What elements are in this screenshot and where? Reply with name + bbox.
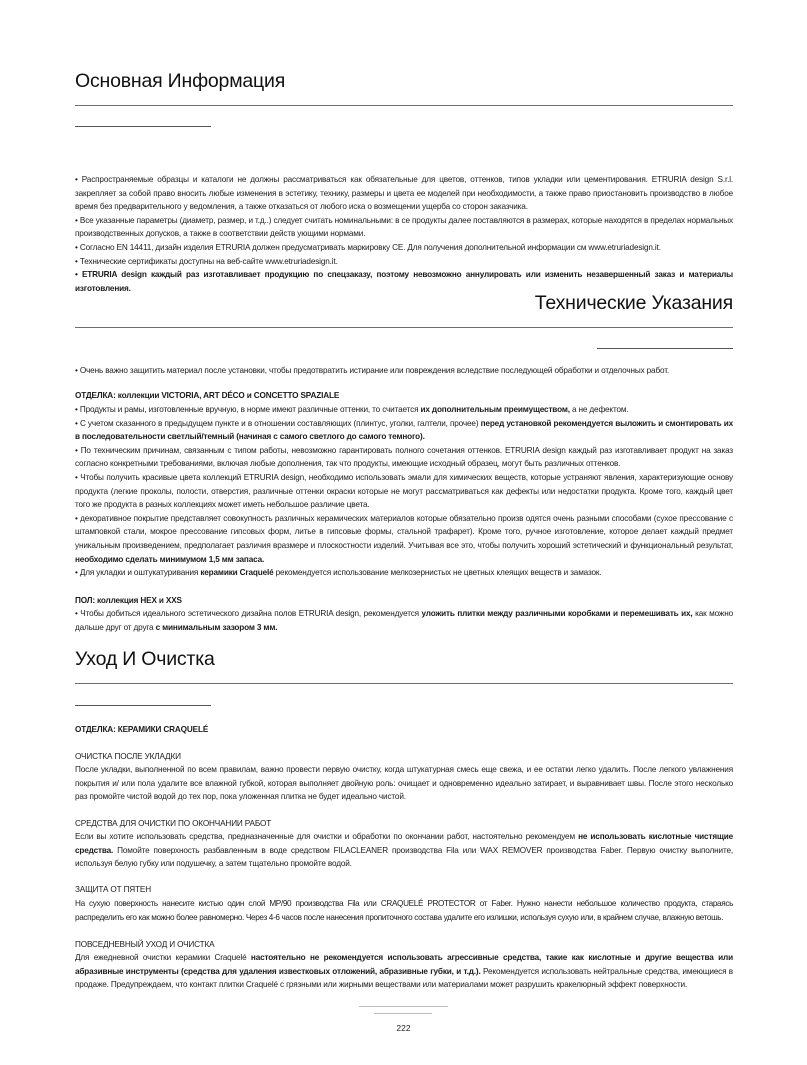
section-title-general-info: Основная Информация [75, 70, 285, 93]
after-install-text: После укладки, выполненной по всем прави… [75, 763, 733, 804]
technical-body: • Продукты и рамы, изготовленные вручную… [75, 403, 733, 580]
stain-protection-heading: ЗАЩИТА ОТ ПЯТЕН [75, 885, 151, 894]
technical-item: • По техническим причинам, связанным с т… [75, 444, 733, 471]
page-number: 222 [0, 1023, 807, 1033]
section-rule-short [75, 705, 211, 706]
section-title-technical: Технические Указания [535, 292, 733, 315]
footer-rule [359, 1006, 448, 1007]
technical-item: • Чтобы получить красивые цвета коллекци… [75, 471, 733, 512]
general-info-item: • Согласно EN 14411, дизайн изделия ETRU… [75, 241, 733, 255]
section-rule-short [597, 348, 733, 349]
floor-heading: ПОЛ: коллекция HEX и XXS [75, 596, 182, 605]
cleaning-agents-text: Если вы хотите использовать средства, пр… [75, 830, 733, 871]
section-title-care: Уход И Очистка [75, 648, 215, 671]
after-install-heading: ОЧИСТКА ПОСЛЕ УКЛАДКИ [75, 752, 181, 761]
general-info-item: • Распространяемые образцы и каталоги не… [75, 173, 733, 214]
stain-protection-text: На сухую поверхность нанесите кистью оди… [75, 897, 733, 924]
craquele-heading: ОТДЕЛКА: КЕРАМИКИ CRAQUELÉ [75, 725, 208, 734]
technical-item: • декоративное покрытие представляет сов… [75, 512, 733, 566]
technical-item: • Продукты и рамы, изготовленные вручную… [75, 403, 733, 417]
technical-item: • С учетом сказанного в предыдущем пункт… [75, 417, 733, 444]
section-rule [75, 105, 733, 106]
footer-rule-short [374, 1013, 432, 1014]
technical-intro: • Очень важно защитить материал после ус… [75, 364, 733, 378]
floor-body: • Чтобы добиться идеального эстетическог… [75, 607, 733, 634]
daily-care-heading: ПОВСЕДНЕВНЫЙ УХОД И ОЧИСТКА [75, 940, 214, 949]
section-rule [75, 683, 733, 684]
technical-item: • Для укладки и оштукатуривания керамики… [75, 566, 733, 580]
general-info-item: • Технические сертификаты доступны на ве… [75, 255, 733, 269]
section-rule [75, 327, 733, 328]
cleaning-agents-heading: СРЕДСТВА ДЛЯ ОЧИСТКИ ПО ОКОНЧАНИИ РАБОТ [75, 819, 271, 828]
general-info-body: • Распространяемые образцы и каталоги не… [75, 173, 733, 295]
section-rule-short [75, 126, 211, 127]
finish-heading: ОТДЕЛКА: коллекции VICTORIA, ART DÉCO и … [75, 391, 339, 400]
daily-care-text: Для ежедневной очистки керамики Craquelé… [75, 951, 733, 992]
general-info-item: • Все указанные параметры (диаметр, разм… [75, 214, 733, 241]
